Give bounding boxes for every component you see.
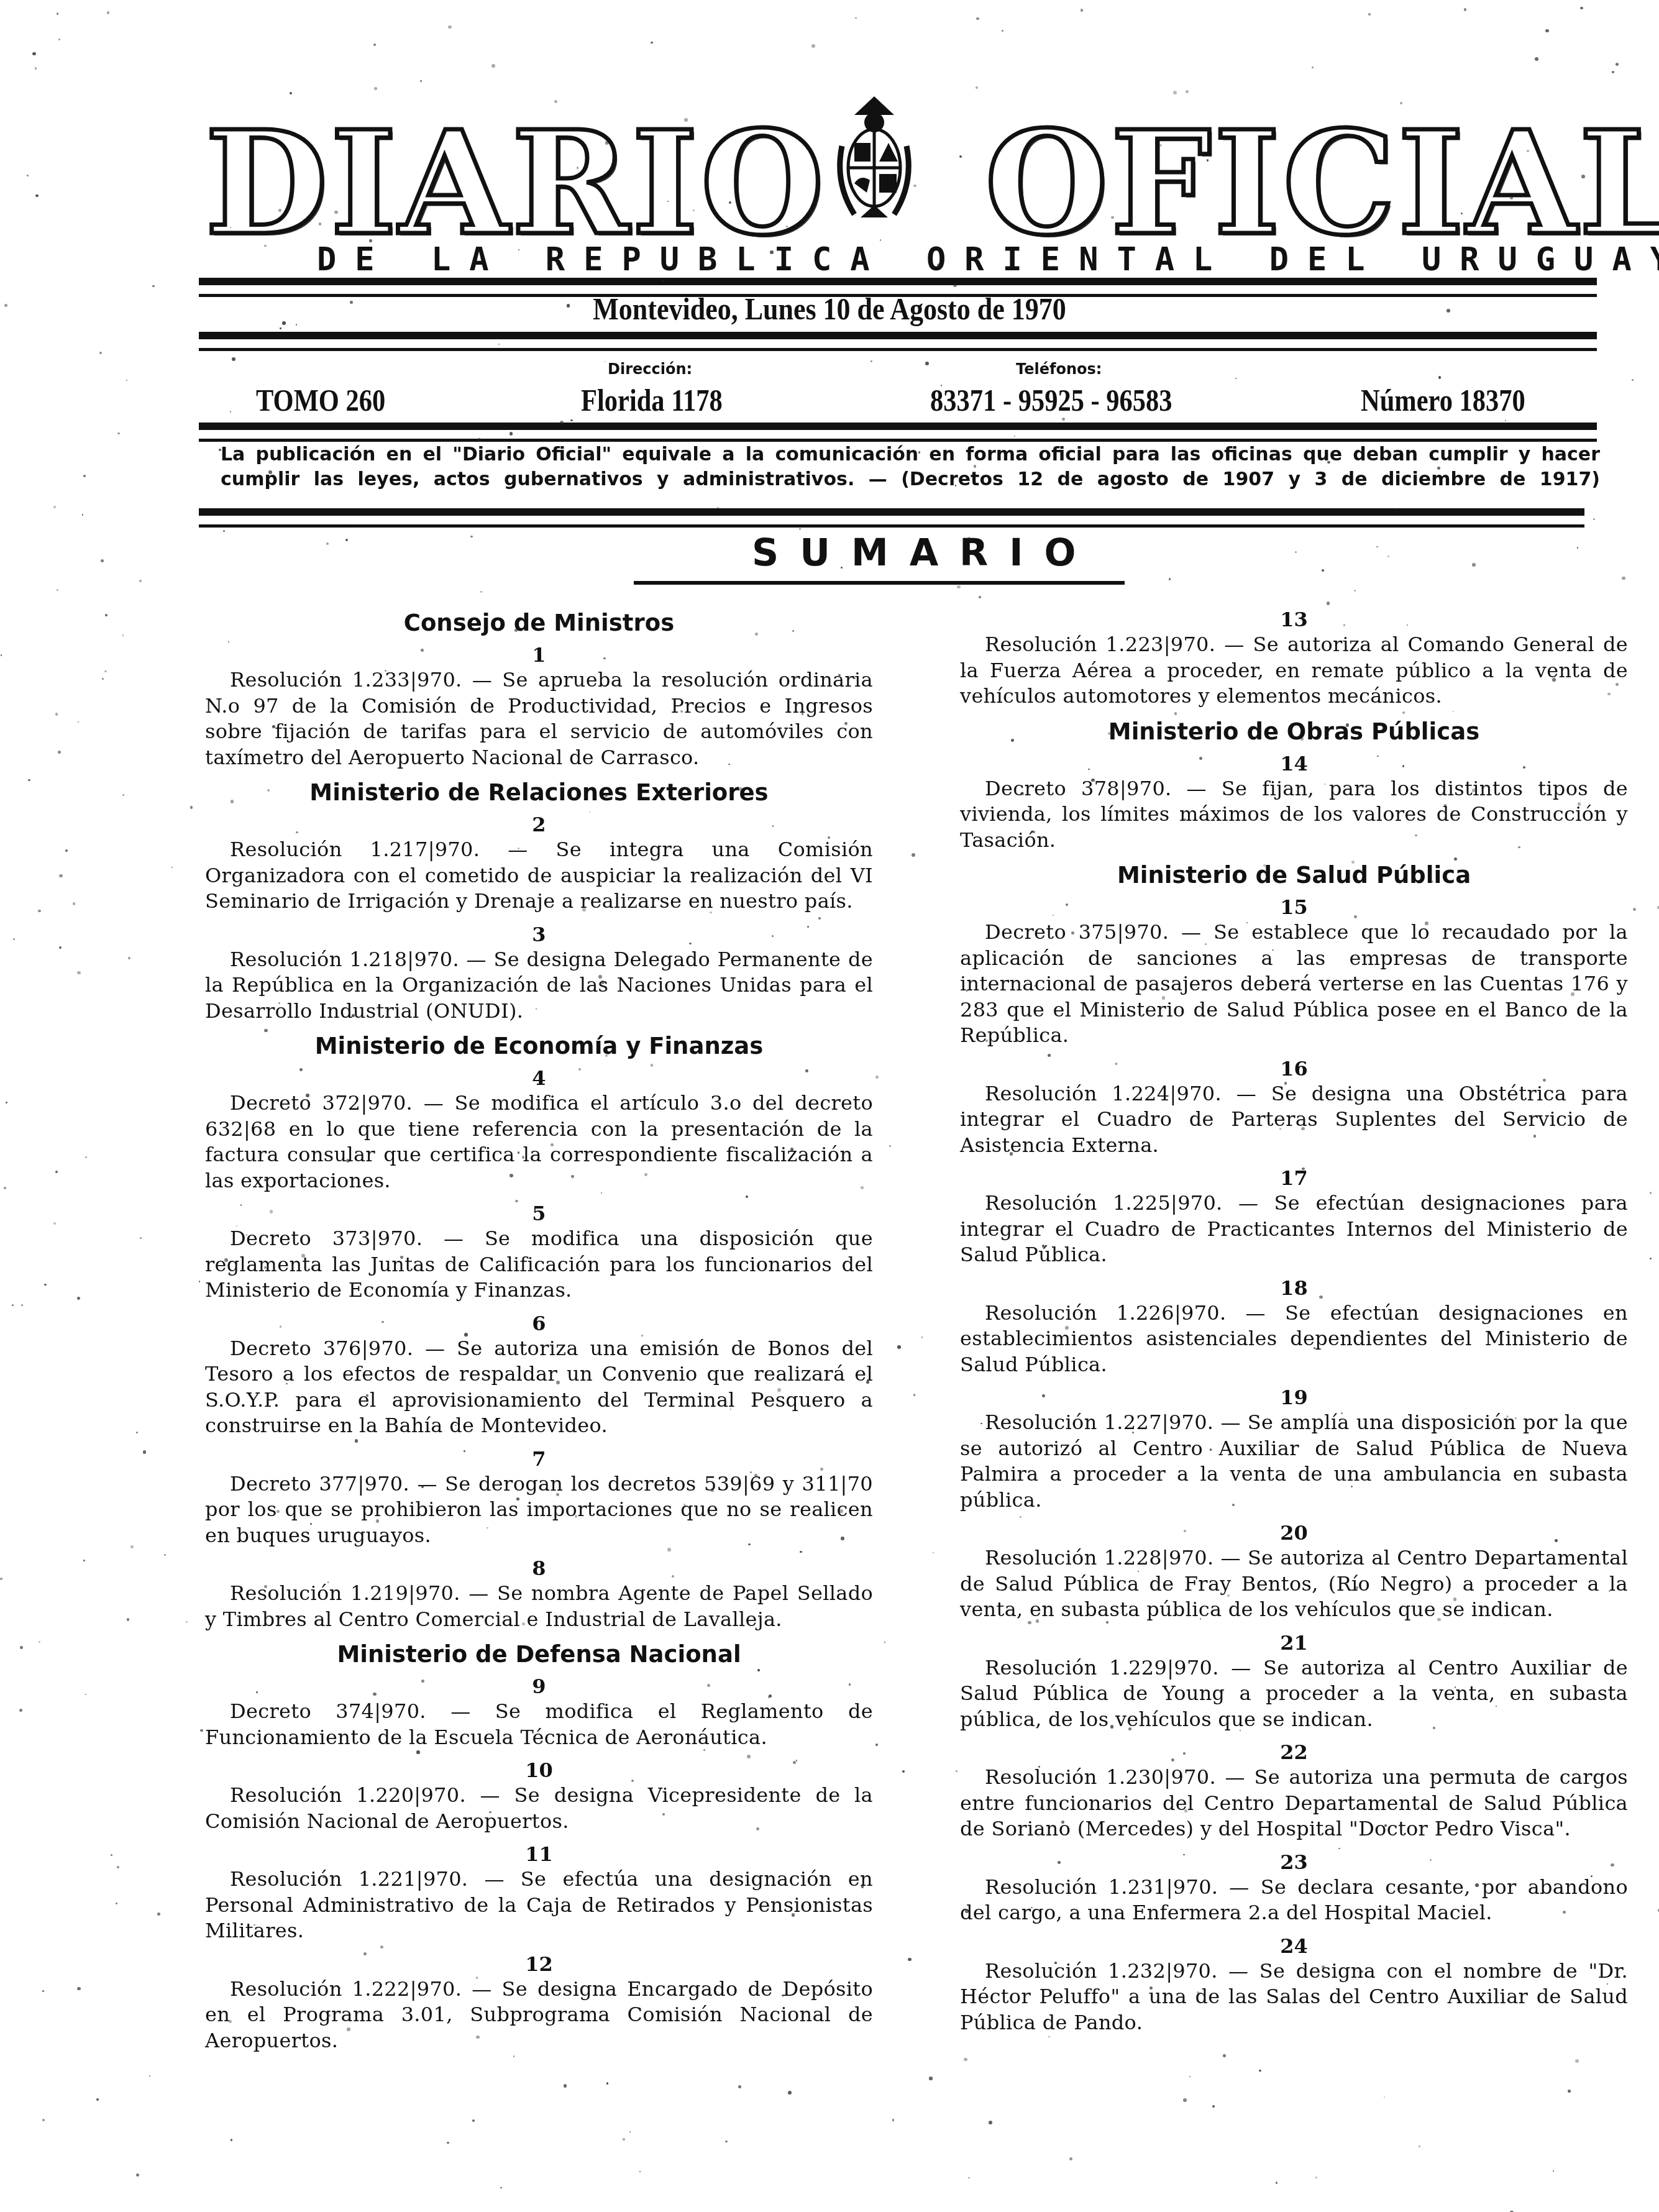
print-speck (107, 11, 110, 14)
print-speck (264, 1179, 267, 1182)
sumario-item: 12Resolución 1.222|970. — Se designa Enc… (205, 1953, 873, 2054)
print-speck (83, 1560, 85, 1561)
print-speck (570, 419, 573, 422)
print-speck (839, 1509, 843, 1513)
item-text: Resolución 1.227|970. — Se amplía una di… (960, 1410, 1628, 1513)
item-number: 7 (205, 1448, 873, 1470)
print-speck (792, 1913, 795, 1916)
print-speck (136, 1432, 139, 1434)
print-speck (1581, 175, 1585, 178)
divider (199, 423, 1597, 442)
print-speck (1327, 461, 1330, 464)
print-speck (897, 1345, 901, 1349)
item-text: Decreto 376|970. — Se autoriza una emisi… (205, 1336, 873, 1439)
print-speck (1327, 601, 1330, 605)
sumario-left-column: Consejo de Ministros1Resolución 1.233|97… (205, 606, 873, 2062)
print-speck (979, 1143, 981, 1145)
print-speck (369, 239, 372, 242)
item-number: 21 (960, 1632, 1628, 1654)
sumario-item: 3Resolución 1.218|970. — Se designa Dele… (205, 923, 873, 1025)
print-speck (231, 2139, 232, 2141)
uruguay-coat-of-arms-icon (829, 84, 920, 227)
print-speck (447, 2142, 449, 2144)
print-speck (171, 867, 173, 868)
print-speck (420, 80, 422, 82)
print-speck (272, 725, 275, 728)
print-speck (855, 17, 857, 19)
print-speck (1183, 1854, 1184, 1855)
print-speck (1441, 1968, 1443, 1970)
print-speck (738, 2085, 741, 2088)
print-speck (157, 1913, 160, 1915)
print-speck (4, 1187, 6, 1189)
print-speck (476, 1977, 478, 1979)
print-speck (143, 1450, 147, 1454)
item-text: Resolución 1.226|970. — Se efectúan desi… (960, 1300, 1628, 1378)
divider (634, 581, 1125, 585)
print-speck (1577, 547, 1578, 548)
print-speck (1091, 779, 1095, 782)
item-text: Resolución 1.220|970. — Se designa Vicep… (205, 1783, 873, 1834)
print-speck (1189, 2076, 1191, 2077)
item-number: 9 (205, 1675, 873, 1698)
print-speck (57, 589, 58, 591)
print-speck (73, 902, 75, 905)
item-number: 12 (205, 1953, 873, 1975)
print-speck (42, 2119, 45, 2121)
print-speck (788, 2091, 792, 2095)
print-speck (1518, 846, 1520, 848)
print-speck (101, 559, 104, 563)
print-speck (264, 245, 266, 247)
item-text: Resolución 1.228|970. — Se autoriza al C… (960, 1545, 1628, 1623)
print-speck (42, 1990, 44, 1992)
print-speck (800, 1551, 802, 1553)
print-speck (1472, 563, 1476, 567)
print-speck (1111, 216, 1113, 219)
item-text: Resolución 1.219|970. — Se nombra Agente… (205, 1581, 873, 1632)
sumario-item: 8Resolución 1.219|970. — Se nombra Agent… (205, 1557, 873, 1632)
print-speck (567, 304, 570, 308)
print-speck (1174, 712, 1177, 715)
item-text: Decreto 373|970. — Se modifica una dispo… (205, 1226, 873, 1304)
sumario-item: 10Resolución 1.220|970. — Se designa Vic… (205, 1759, 873, 1834)
print-speck (350, 301, 353, 304)
print-speck (1036, 1619, 1040, 1623)
print-speck (230, 411, 232, 413)
print-speck (989, 2121, 992, 2124)
print-speck (53, 506, 56, 508)
print-speck (518, 1151, 519, 1153)
print-speck (83, 475, 86, 477)
item-number: 14 (960, 752, 1628, 775)
print-speck (256, 1691, 258, 1693)
item-text: Decreto 378|970. — Se fijan, para los di… (960, 776, 1628, 854)
print-speck (849, 1683, 851, 1685)
item-number: 24 (960, 1935, 1628, 1957)
print-speck (464, 1450, 465, 1452)
print-speck (96, 2098, 99, 2101)
print-speck (966, 990, 967, 991)
print-speck (518, 249, 519, 250)
print-speck (85, 1156, 87, 1158)
sumario-item: 21Resolución 1.229|970. — Se autoriza al… (960, 1632, 1628, 1733)
print-speck (1437, 467, 1440, 470)
print-speck (941, 385, 942, 386)
print-speck (820, 1468, 823, 1471)
print-speck (1169, 1341, 1171, 1343)
item-number: 6 (205, 1312, 873, 1335)
print-speck (186, 1621, 188, 1623)
print-speck (472, 2119, 475, 2122)
sumario-item: 16Resolución 1.224|970. — Se designa una… (960, 1058, 1628, 1159)
print-speck (111, 1854, 112, 1856)
print-speck (921, 1337, 923, 1338)
print-speck (1578, 802, 1581, 806)
print-speck (875, 1076, 879, 1079)
print-speck (478, 438, 481, 441)
print-speck (219, 449, 221, 451)
print-speck (232, 357, 235, 361)
print-speck (967, 537, 971, 540)
print-speck (345, 539, 348, 541)
print-speck (58, 751, 62, 754)
print-speck (871, 360, 872, 362)
print-speck (953, 283, 957, 287)
print-speck (334, 211, 338, 214)
item-number: 17 (960, 1167, 1628, 1189)
print-speck (1207, 159, 1209, 161)
print-speck (353, 524, 355, 526)
print-speck (790, 1148, 794, 1151)
print-speck (229, 2020, 232, 2023)
print-speck (1376, 546, 1378, 547)
print-speck (1322, 569, 1324, 572)
print-speck (6, 1102, 7, 1104)
item-number: 2 (205, 813, 873, 836)
print-speck (127, 1618, 129, 1620)
print-speck (1430, 1859, 1432, 1861)
print-speck (603, 657, 605, 659)
print-speck (1169, 578, 1171, 580)
print-speck (1048, 2036, 1049, 2037)
print-speck (623, 2138, 625, 2141)
print-speck (1555, 1539, 1558, 1542)
print-speck (55, 713, 58, 715)
item-text: Resolución 1.229|970. — Se autoriza al C… (960, 1655, 1628, 1733)
print-speck (1230, 688, 1232, 691)
print-speck (968, 2177, 970, 2179)
print-speck (21, 1304, 24, 1307)
print-speck (1053, 915, 1054, 916)
print-speck (58, 39, 61, 41)
print-speck (976, 86, 978, 89)
ministry-heading: Ministerio de Salud Pública (960, 862, 1628, 889)
print-speck (1223, 2054, 1226, 2057)
print-speck (1183, 2098, 1187, 2102)
dateline: Montevideo, Lunes 10 de Agosto de 1970 (99, 291, 1560, 327)
print-speck (1616, 63, 1619, 66)
sumario-item: 5Decreto 373|970. — Se modifica una disp… (205, 1202, 873, 1304)
print-speck (1038, 1766, 1040, 1768)
print-speck (1183, 1752, 1186, 1755)
item-number: 13 (960, 608, 1628, 631)
print-speck (1354, 915, 1357, 918)
print-speck (282, 321, 286, 325)
masthead-subtitle: DE LA REPUBLICA ORIENTAL DEL URUGUAY (317, 241, 1497, 278)
print-speck (1438, 376, 1441, 378)
print-speck (985, 1040, 988, 1042)
print-speck (663, 454, 665, 456)
print-speck (1527, 150, 1529, 152)
print-speck (875, 1744, 878, 1746)
print-speck (53, 1222, 56, 1225)
print-speck (374, 87, 377, 90)
print-speck (571, 1175, 574, 1178)
print-speck (1081, 9, 1083, 11)
print-speck (976, 17, 979, 20)
print-speck (1377, 756, 1378, 757)
item-text: Resolución 1.223|970. — Se autoriza al C… (960, 632, 1628, 710)
print-speck (126, 380, 127, 381)
print-speck (1032, 831, 1035, 834)
print-speck (884, 1642, 885, 1643)
print-speck (672, 1575, 674, 1578)
divider (199, 332, 1597, 351)
item-text: Resolución 1.233|970. — Se aprueba la re… (205, 667, 873, 770)
print-speck (301, 1254, 305, 1258)
print-speck (522, 1156, 525, 1159)
print-speck (1314, 1347, 1315, 1349)
print-speck (1545, 29, 1549, 33)
print-speck (929, 2077, 932, 2080)
print-speck (841, 567, 842, 568)
print-speck (1066, 1234, 1069, 1236)
print-speck (629, 2131, 631, 2132)
print-speck (601, 980, 605, 984)
print-speck (20, 1646, 23, 1649)
print-speck (1343, 624, 1345, 626)
print-speck (1200, 1618, 1201, 1619)
print-speck (683, 1504, 685, 1506)
ministry-heading: Ministerio de Economía y Finanzas (205, 1033, 873, 1059)
print-speck (744, 1596, 746, 1598)
print-speck (1612, 71, 1614, 73)
print-speck (136, 2173, 139, 2177)
item-number: 16 (960, 1058, 1628, 1080)
print-speck (77, 1987, 81, 1991)
print-speck (902, 1770, 905, 1773)
print-speck (326, 542, 329, 545)
item-text: Resolución 1.225|970. — Se efectúan desi… (960, 1191, 1628, 1268)
item-text: Resolución 1.221|970. — Se efectúa una d… (205, 1867, 873, 1944)
print-speck (838, 674, 840, 676)
print-speck (693, 209, 695, 211)
print-speck (1205, 943, 1207, 945)
print-speck (347, 2027, 350, 2031)
print-speck (491, 64, 495, 68)
print-speck (1355, 1586, 1358, 1589)
print-speck (1034, 985, 1035, 986)
print-speck (231, 800, 234, 803)
print-speck (1622, 577, 1625, 580)
sumario-item: 6Decreto 376|970. — Se autoriza una emis… (205, 1312, 873, 1439)
print-speck (564, 2084, 567, 2087)
print-speck (105, 614, 107, 616)
print-speck (470, 536, 472, 537)
sumario-item: 9Decreto 374|970. — Se modifica el Regla… (205, 1675, 873, 1750)
print-speck (582, 908, 586, 912)
legal-notice-line-1: La publicación en el "Diario Oficial" eq… (221, 444, 1600, 465)
item-number: 22 (960, 1741, 1628, 1763)
print-speck (1054, 1962, 1057, 1964)
print-speck (933, 1552, 934, 1553)
direccion: Florida 1178 (581, 382, 723, 418)
item-number: 10 (205, 1759, 873, 1781)
print-speck (1184, 818, 1186, 821)
print-speck (605, 361, 606, 362)
ministry-heading: Consejo de Ministros (205, 610, 873, 636)
sumario-item: 22Resolución 1.230|970. — Se autoriza un… (960, 1741, 1628, 1842)
print-speck (1543, 1079, 1546, 1082)
item-number: 3 (205, 923, 873, 946)
print-speck (12, 1304, 14, 1306)
print-speck (59, 874, 63, 878)
print-speck (1319, 1296, 1322, 1299)
print-speck (254, 1924, 255, 1926)
print-speck (327, 1581, 329, 1583)
print-speck (1301, 1127, 1305, 1131)
print-speck (912, 853, 915, 857)
item-text: Resolución 1.218|970. — Se designa Deleg… (205, 947, 873, 1025)
sumario-item: 2Resolución 1.217|970. — Se integra una … (205, 813, 873, 915)
print-speck (346, 1159, 350, 1163)
print-speck (310, 1523, 312, 1525)
print-speck (730, 1409, 731, 1410)
print-speck (264, 1266, 267, 1269)
print-speck (99, 352, 103, 355)
print-speck (1042, 1245, 1044, 1247)
print-speck (13, 938, 15, 940)
print-speck (956, 1770, 957, 1772)
item-number: 11 (205, 1843, 873, 1865)
print-speck (480, 591, 482, 593)
print-speck (403, 792, 404, 794)
print-speck (104, 670, 106, 672)
print-speck (1153, 1228, 1154, 1229)
sumario-item: 4Decreto 372|970. — Se modifica el artíc… (205, 1067, 873, 1194)
print-speck (1115, 1063, 1117, 1064)
print-speck (964, 672, 966, 674)
print-speck (1346, 723, 1350, 727)
print-speck (861, 1885, 864, 1888)
print-speck (416, 1750, 420, 1754)
print-speck (1235, 378, 1236, 379)
print-speck (306, 1094, 309, 1097)
item-number: 8 (205, 1557, 873, 1579)
print-speck (556, 1381, 560, 1384)
print-speck (200, 1729, 203, 1732)
print-speck (811, 44, 815, 48)
print-speck (1302, 1168, 1305, 1171)
print-speck (1496, 1706, 1497, 1707)
print-speck (128, 957, 130, 959)
print-speck (117, 1866, 119, 1868)
print-speck (164, 1554, 166, 1556)
print-speck (85, 1694, 86, 1695)
print-speck (130, 1545, 134, 1548)
print-speck (4, 304, 7, 307)
item-number: 5 (205, 1202, 873, 1225)
print-speck (959, 155, 962, 158)
print-speck (1407, 624, 1408, 626)
print-speck (1186, 90, 1189, 93)
print-speck (421, 649, 424, 652)
print-speck (0, 1578, 2, 1580)
sumario-item: 19Resolución 1.227|970. — Se amplía una … (960, 1386, 1628, 1513)
legal-notice-line-2: cumplir las leyes, actos gubernativos y … (221, 467, 1600, 492)
direccion-label: Dirección: (608, 360, 692, 378)
print-speck (1633, 908, 1636, 911)
print-speck (556, 263, 558, 265)
print-speck (1065, 1326, 1069, 1330)
print-speck (223, 530, 225, 532)
print-speck (77, 971, 80, 974)
print-speck (515, 1200, 518, 1202)
print-speck (268, 470, 272, 474)
print-speck (1020, 1516, 1021, 1518)
print-speck (536, 1008, 537, 1010)
print-speck (913, 185, 916, 187)
print-speck (889, 1145, 891, 1147)
sumario-item: 13Resolución 1.223|970. — Se autoriza al… (960, 608, 1628, 710)
ministry-heading: Ministerio de Relaciones Exteriores (205, 779, 873, 806)
sumario-right-column: 13Resolución 1.223|970. — Se autoriza al… (960, 606, 1628, 2044)
print-speck (1540, 158, 1543, 161)
print-speck (65, 849, 68, 852)
print-speck (1300, 737, 1304, 741)
print-speck (1368, 13, 1371, 16)
sumario-item: 17Resolución 1.225|970. — Se efectúan de… (960, 1167, 1628, 1268)
print-speck (448, 25, 451, 29)
print-speck (400, 1256, 403, 1258)
sumario-item: 18Resolución 1.226|970. — Se efectúan de… (960, 1277, 1628, 1378)
print-speck (606, 2082, 608, 2084)
print-speck (373, 1693, 377, 1696)
sumario-item: 20Resolución 1.228|970. — Se autoriza al… (960, 1522, 1628, 1623)
print-speck (278, 209, 281, 211)
print-speck (1553, 2170, 1554, 2172)
print-speck (500, 2187, 501, 2188)
print-speck (280, 327, 281, 329)
print-speck (1464, 8, 1467, 11)
print-speck (974, 465, 976, 467)
print-speck (1579, 641, 1582, 643)
ministry-heading: Ministerio de Defensa Nacional (205, 1641, 873, 1668)
item-text: Decreto 374|970. — Se modifica el Reglam… (205, 1699, 873, 1750)
print-speck (689, 943, 692, 945)
print-speck (768, 1696, 770, 1698)
print-speck (807, 926, 809, 928)
print-speck (528, 960, 529, 961)
print-speck (82, 514, 83, 515)
telefonos-label: Teléfonos: (1016, 360, 1102, 378)
telefonos: 83371 - 95925 - 96583 (930, 382, 1172, 418)
print-speck (605, 1054, 608, 1057)
print-speck (77, 1297, 80, 1300)
print-speck (1593, 518, 1595, 520)
print-speck (725, 2141, 728, 2143)
